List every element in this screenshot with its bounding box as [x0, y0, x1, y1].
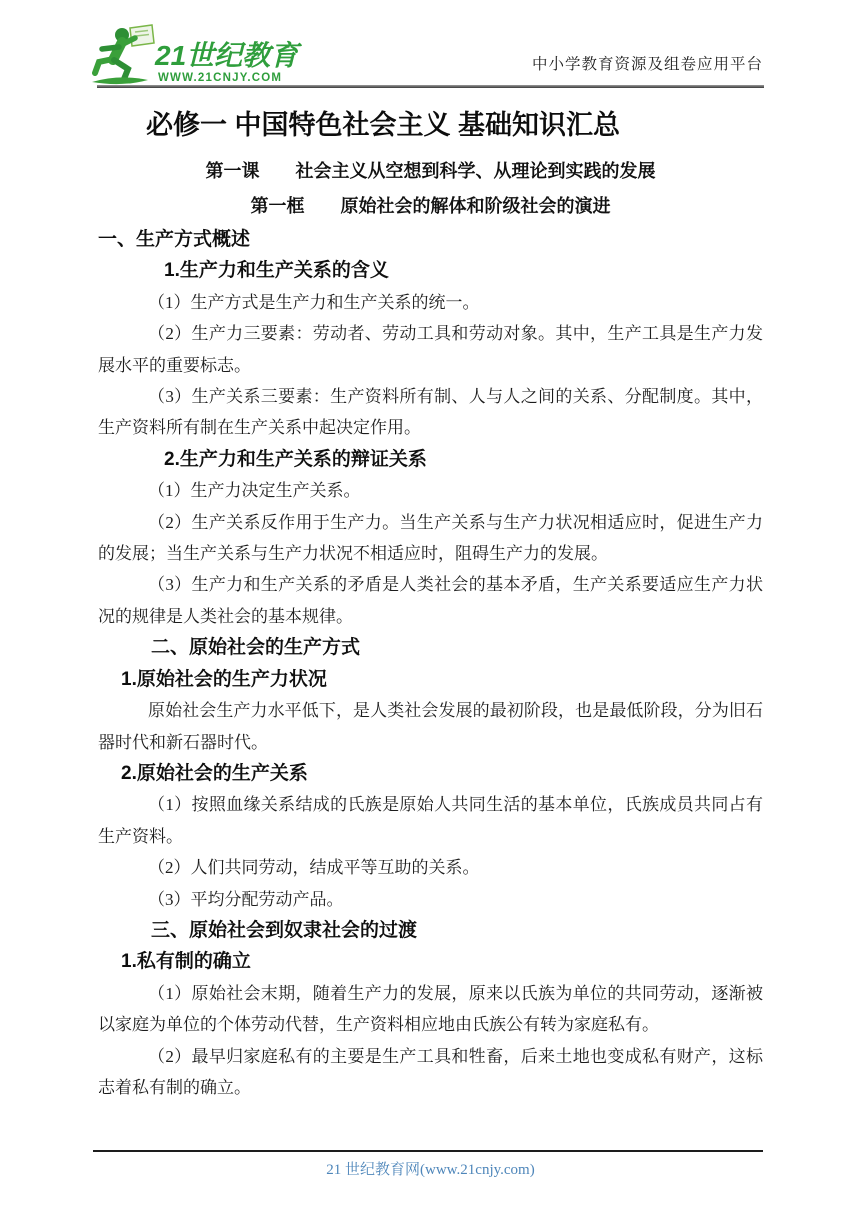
header-divider: [97, 85, 764, 88]
paragraph: （3）生产关系三要素：生产资料所有制、人与人之间的关系、分配制度。其中，生产资料…: [98, 381, 763, 444]
subsection-heading: 2.原始社会的生产关系: [98, 758, 763, 789]
section-heading: 三、原始社会到奴隶社会的过渡: [98, 915, 763, 946]
paragraph: （3）平均分配劳动产品。: [98, 884, 763, 915]
paragraph: （1）原始社会末期，随着生产力的发展，原来以氏族为单位的共同劳动，逐渐被以家庭为…: [98, 978, 763, 1041]
paragraph: （2）生产力三要素：劳动者、劳动工具和劳动对象。其中，生产工具是生产力发展水平的…: [98, 318, 763, 381]
paragraph: （3）生产力和生产关系的矛盾是人类社会的基本矛盾，生产关系要适应生产力状况的规律…: [98, 569, 763, 632]
document-body: 一、生产方式概述1.生产力和生产关系的含义（1）生产方式是生产力和生产关系的统一…: [98, 224, 763, 1103]
paragraph: （2）最早归家庭私有的主要是生产工具和牲畜，后来土地也变成私有财产，这标志着私有…: [98, 1041, 763, 1104]
brand-logo: 21世纪教育 WWW.21CNJY.COM: [92, 24, 322, 86]
paragraph: （2）生产关系反作用于生产力。当生产关系与生产力状况相适应时，促进生产力的发展；…: [98, 507, 763, 570]
paragraph: （1）生产力决定生产关系。: [98, 475, 763, 506]
subsection-heading: 2.生产力和生产关系的辩证关系: [98, 444, 763, 475]
subsection-heading: 1.原始社会的生产力状况: [98, 664, 763, 695]
section-heading: 二、原始社会的生产方式: [98, 632, 763, 663]
document-title: 必修一 中国特色社会主义 基础知识汇总: [98, 104, 763, 146]
footer-site-text: 21 世纪教育网(www.21cnjy.com): [98, 1158, 763, 1182]
footer-divider: [93, 1150, 763, 1152]
running-figure-icon: [92, 25, 154, 84]
section-heading: 一、生产方式概述: [98, 224, 763, 255]
platform-tagline: 中小学教育资源及组卷应用平台: [532, 52, 763, 74]
subsection-heading: 1.生产力和生产关系的含义: [98, 255, 763, 286]
paragraph: （1）按照血缘关系结成的氏族是原始人共同生活的基本单位，氏族成员共同占有生产资料…: [98, 789, 763, 852]
paragraph: （1）生产方式是生产力和生产关系的统一。: [98, 287, 763, 318]
logo-brand-text: 21世纪教育: [154, 40, 302, 71]
document-page: 21世纪教育 WWW.21CNJY.COM 中小学教育资源及组卷应用平台 必修一…: [0, 0, 860, 1216]
document-content: 必修一 中国特色社会主义 基础知识汇总 第一课 社会主义从空想到科学、从理论到实…: [98, 104, 763, 1103]
logo-url-text: WWW.21CNJY.COM: [158, 72, 282, 84]
paragraph: （2）人们共同劳动，结成平等互助的关系。: [98, 852, 763, 883]
paragraph: 原始社会生产力水平低下，是人类社会发展的最初阶段，也是最低阶段，分为旧石器时代和…: [98, 695, 763, 758]
lesson-subtitle: 第一课 社会主义从空想到科学、从理论到实践的发展: [98, 154, 763, 189]
subsection-heading: 1.私有制的确立: [98, 946, 763, 977]
frame-subtitle: 第一框 原始社会的解体和阶级社会的演进: [98, 189, 763, 224]
